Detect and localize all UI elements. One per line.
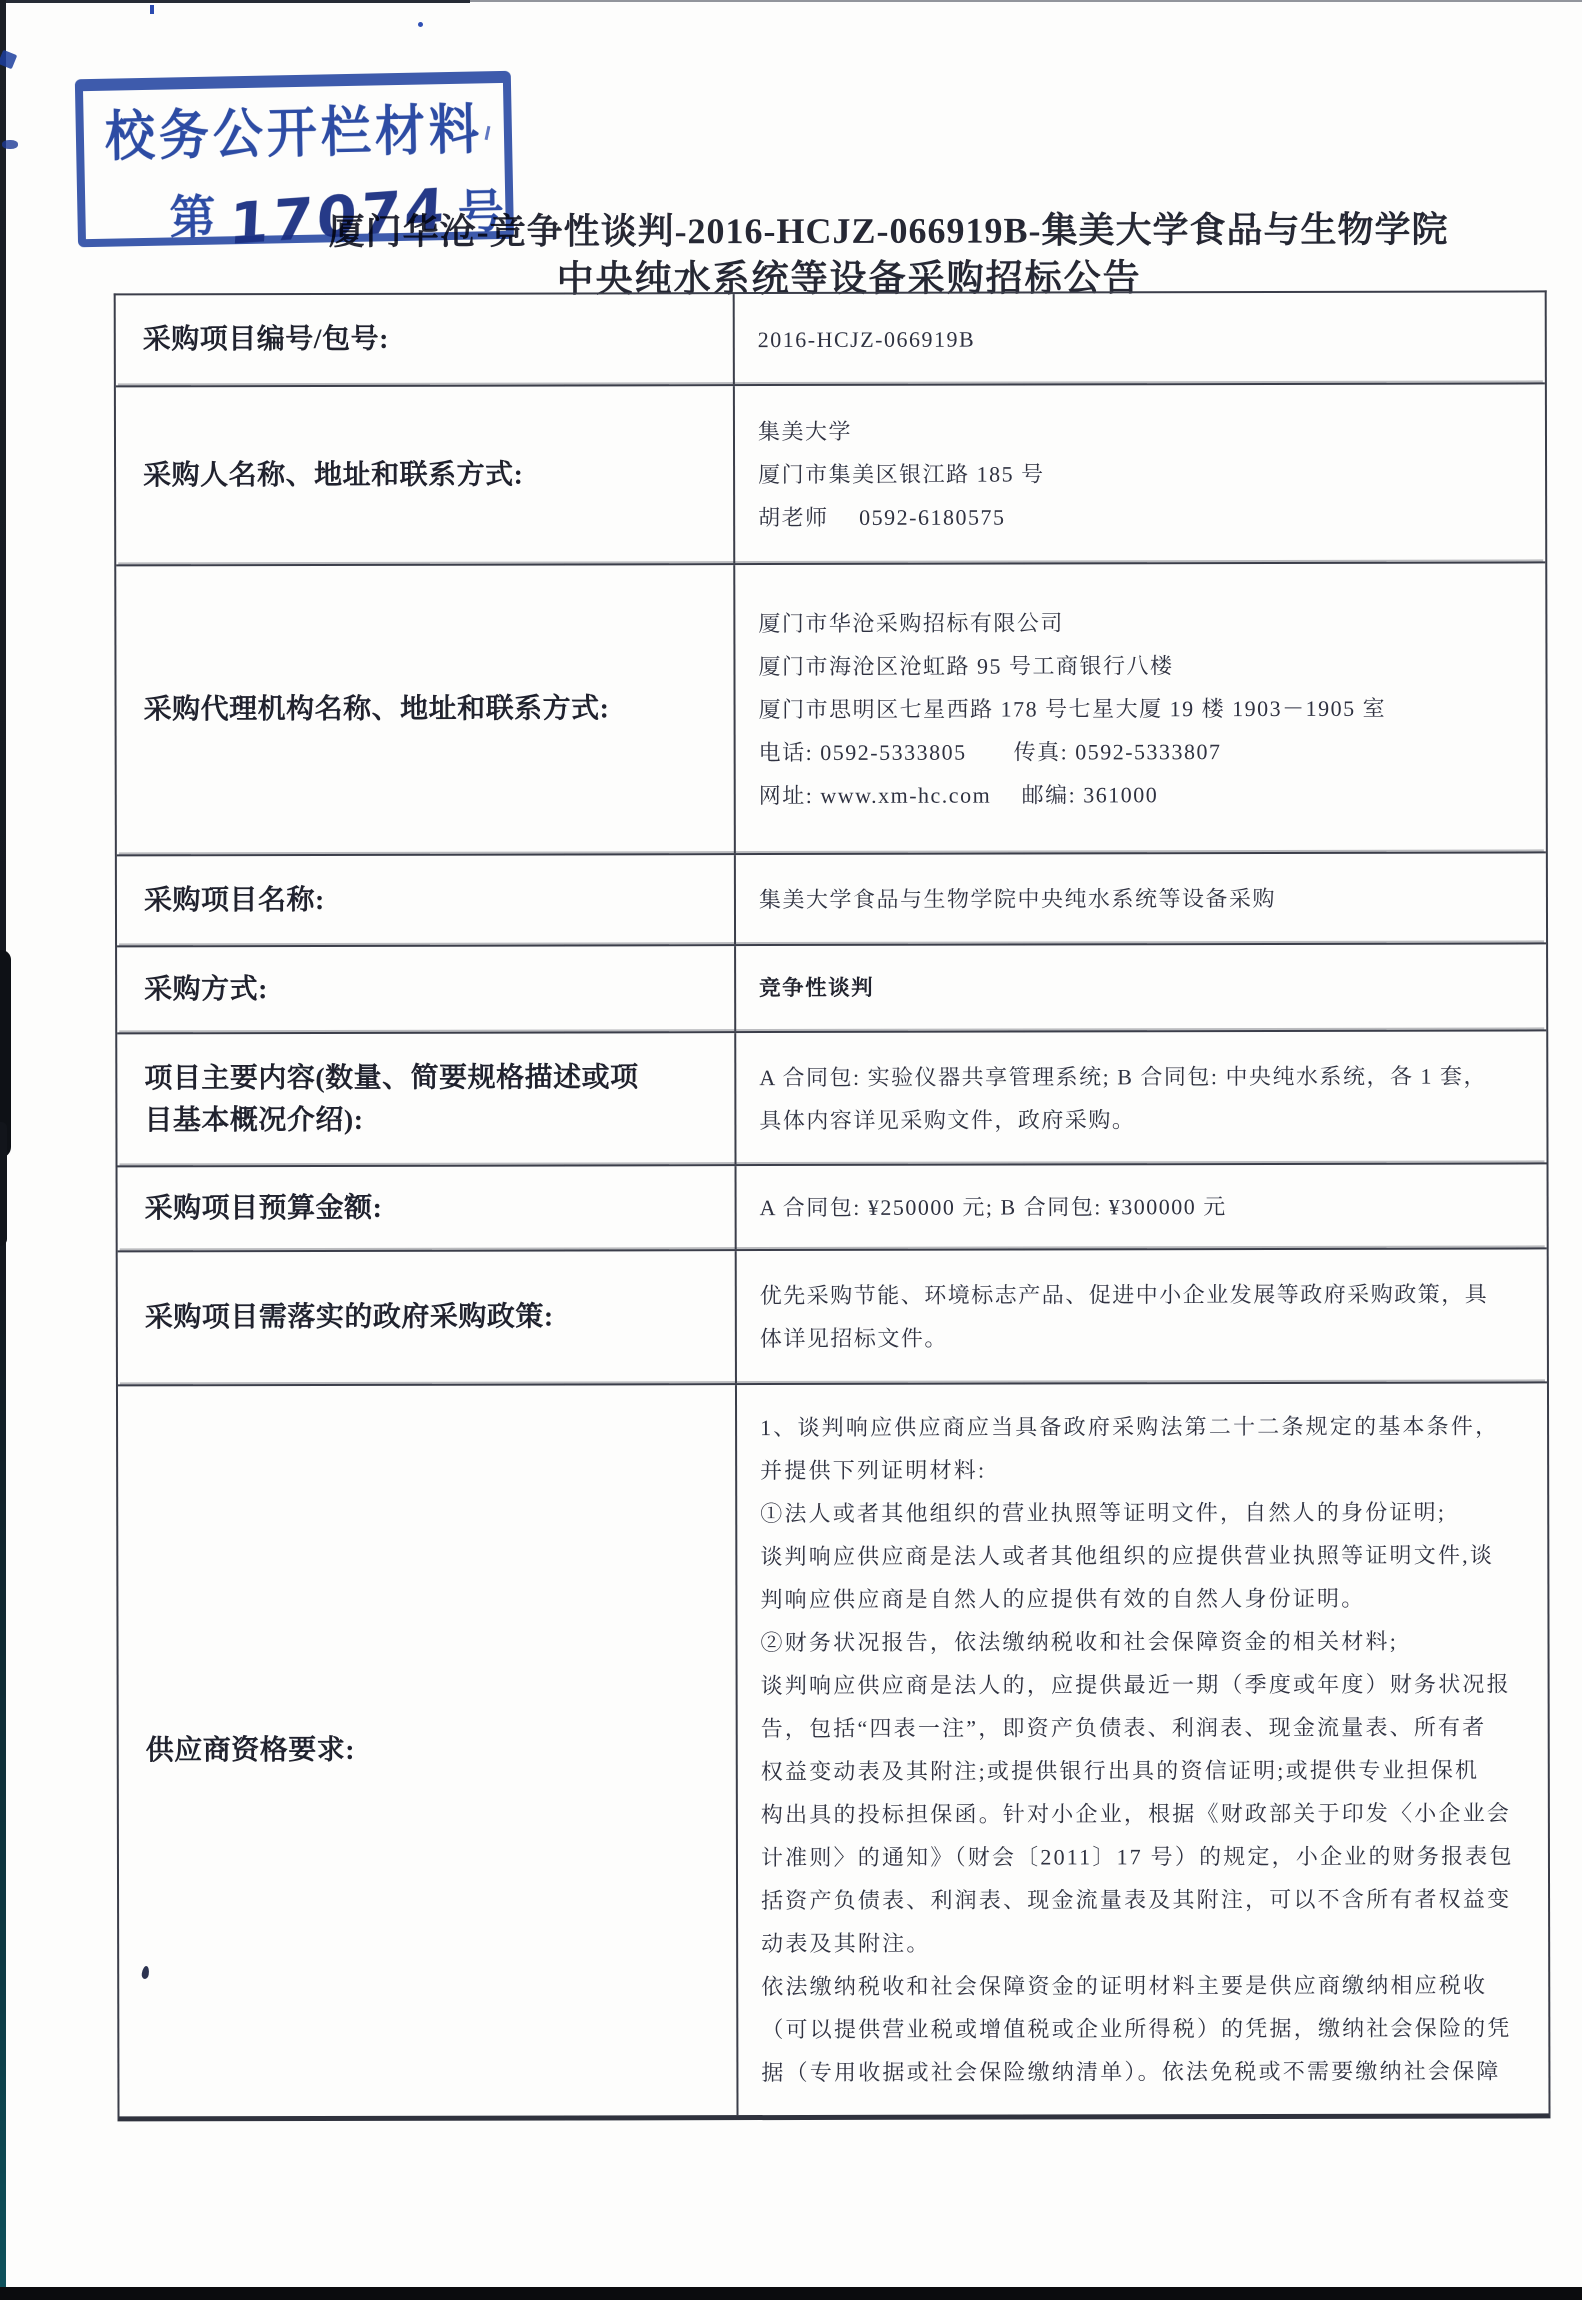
- label-text: 供应商资格要求:: [146, 1729, 736, 1772]
- label-text: 项目主要内容(数量、简要规格描述或项: [144, 1057, 734, 1100]
- value-text: 厦门市集美区银江路 185 号: [758, 451, 1533, 496]
- value-text: （可以提供营业税或增值税或企业所得税）的凭据，缴纳社会保险的凭: [761, 2006, 1536, 2051]
- value-text: 具体内容详见采购文件，政府采购。: [759, 1097, 1534, 1142]
- stamp-text: 校务公开栏材料: [83, 86, 504, 172]
- label-text: 采购项目名称:: [144, 879, 734, 922]
- scanned-document-page: 校务公开栏材料 第17074号 厦门华沧-竞争性谈判-2016-HCJZ-066…: [0, 0, 1582, 2300]
- table-row: 采购代理机构名称、地址和联系方式:厦门市华沧采购招标有限公司厦门市海沧区沧虹路 …: [116, 561, 1546, 854]
- row-label: 供应商资格要求:: [118, 1385, 739, 2116]
- approval-stamp: 校务公开栏材料 第17074号: [75, 71, 514, 247]
- value-text: 判响应供应商是自然人的应提供有效的自然人身份证明。: [760, 1576, 1535, 1621]
- value-text: ①法人或者其他组织的营业执照等证明文件，自然人的身份证明;: [760, 1490, 1535, 1535]
- label-text: 目基本概况介绍):: [144, 1099, 734, 1142]
- table-row: 采购人名称、地址和联系方式:集美大学厦门市集美区银江路 185 号胡老师 059…: [116, 382, 1545, 564]
- row-label: 采购项目需落实的政府采购政策:: [118, 1251, 737, 1384]
- label-text: 采购项目编号/包号:: [143, 318, 733, 361]
- value-text: 电话: 0592-5333805 传真: 0592-5333807: [759, 729, 1534, 774]
- table-row: 采购方式:竞争性谈判: [117, 942, 1546, 1032]
- row-label: 采购项目编号/包号:: [116, 294, 735, 385]
- stamp-number: 17074: [227, 176, 450, 258]
- value-text: 动表及其附注。: [761, 1920, 1536, 1965]
- row-label: 采购方式:: [117, 946, 736, 1032]
- row-value: 优先采购节能、环境标志产品、促进中小企业发展等政府采购政策，具体详见招标文件。: [737, 1249, 1547, 1383]
- value-text: 并提供下列证明材料:: [760, 1447, 1535, 1492]
- value-text: 权益变动表及其附注;或提供银行出具的资信证明;或提供专业担保机: [761, 1748, 1536, 1793]
- value-text: ②财务状况报告，依法缴纳税收和社会保障资金的相关材料;: [760, 1619, 1535, 1664]
- row-value: A 合同包: ¥250000 元; B 合同包: ¥300000 元: [737, 1164, 1547, 1249]
- document-body: 校务公开栏材料 第17074号 厦门华沧-竞争性谈判-2016-HCJZ-066…: [0, 0, 1582, 2300]
- row-value: 1、谈判响应供应商应当具备政府采购法第二十二条规定的基本条件，并提供下列证明材料…: [737, 1383, 1549, 2115]
- value-text: 胡老师 0592-6180575: [758, 494, 1533, 539]
- value-text: 竞争性谈判: [759, 965, 1534, 1010]
- value-text: 据（专用收据或社会保险缴纳清单）。依法免税或不需要缴纳社会保障: [761, 2049, 1536, 2094]
- value-text: 计准则〉的通知》（财会〔2011〕17 号）的规定，小企业的财务报表包: [761, 1834, 1536, 1879]
- value-text: 网址: www.xm-hc.com 邮编: 361000: [759, 772, 1534, 817]
- value-text: 优先采购节能、环境标志产品、促进中小企业发展等政府采购政策，具: [760, 1272, 1535, 1317]
- value-text: 体详见招标文件。: [760, 1315, 1535, 1360]
- row-value: 集美大学食品与生物学院中央纯水系统等设备采购: [736, 853, 1546, 944]
- label-text: 采购项目预算金额:: [145, 1187, 735, 1230]
- table-row: 采购项目需落实的政府采购政策:优先采购节能、环境标志产品、促进中小企业发展等政府…: [118, 1247, 1547, 1384]
- table-row: 采购项目预算金额:A 合同包: ¥250000 元; B 合同包: ¥30000…: [118, 1162, 1547, 1250]
- value-text: 1、谈判响应供应商应当具备政府采购法第二十二条规定的基本条件，: [760, 1404, 1535, 1449]
- table-row: 供应商资格要求:1、谈判响应供应商应当具备政府采购法第二十二条规定的基本条件，并…: [118, 1381, 1549, 2116]
- label-text: 采购代理机构名称、地址和联系方式:: [144, 688, 734, 731]
- row-label: 采购代理机构名称、地址和联系方式:: [116, 565, 736, 854]
- procurement-table: 采购项目编号/包号:2016-HCJZ-066919B采购人名称、地址和联系方式…: [114, 290, 1551, 2121]
- label-text: 采购人名称、地址和联系方式:: [143, 454, 733, 497]
- value-text: 厦门市海沧区沧虹路 95 号工商银行八楼: [758, 643, 1533, 688]
- value-text: 谈判响应供应商是法人的，应提供最近一期（季度或年度）财务状况报: [761, 1662, 1536, 1707]
- row-label: 项目主要内容(数量、简要规格描述或项目基本概况介绍):: [117, 1033, 736, 1165]
- stamp-number-suffix: 号: [457, 185, 504, 238]
- stamp-number-prefix: 第: [169, 191, 216, 244]
- table-row: 项目主要内容(数量、简要规格描述或项目基本概况介绍):A 合同包: 实验仪器共享…: [117, 1029, 1546, 1165]
- row-value: 竞争性谈判: [736, 944, 1546, 1031]
- value-text: 厦门市华沧采购招标有限公司: [758, 600, 1533, 645]
- table-row: 采购项目名称:集美大学食品与生物学院中央纯水系统等设备采购: [117, 851, 1546, 945]
- row-label: 采购人名称、地址和联系方式:: [116, 386, 735, 564]
- value-text: 厦门市思明区七星西路 178 号七星大厦 19 楼 1903－1905 室: [759, 686, 1534, 731]
- row-value: A 合同包: 实验仪器共享管理系统; B 合同包: 中央纯水系统，各 1 套，具…: [736, 1031, 1546, 1164]
- value-text: 依法缴纳税收和社会保障资金的证明材料主要是供应商缴纳相应税收: [761, 1963, 1536, 2008]
- row-value: 集美大学厦门市集美区银江路 185 号胡老师 0592-6180575: [735, 384, 1545, 563]
- label-text: 采购项目需落实的政府采购政策:: [145, 1296, 735, 1339]
- value-text: 集美大学食品与生物学院中央纯水系统等设备采购: [759, 876, 1534, 921]
- row-label: 采购项目名称:: [117, 855, 736, 945]
- value-text: 集美大学: [758, 408, 1533, 453]
- value-text: 告，包括“四表一注”，即资产负债表、利润表、现金流量表、所有者: [761, 1705, 1536, 1750]
- value-text: 谈判响应供应商是法人或者其他组织的应提供营业执照等证明文件,谈: [760, 1533, 1535, 1578]
- stamp-number-line: 第17074号: [169, 175, 505, 254]
- row-label: 采购项目预算金额:: [118, 1166, 737, 1250]
- value-text: 括资产负债表、利润表、现金流量表及其附注，可以不含所有者权益变: [761, 1877, 1536, 1922]
- label-text: 采购方式:: [144, 968, 734, 1011]
- value-text: 2016-HCJZ-066919B: [758, 316, 1533, 361]
- table-row: 采购项目编号/包号:2016-HCJZ-066919B: [116, 292, 1545, 385]
- row-value: 厦门市华沧采购招标有限公司厦门市海沧区沧虹路 95 号工商银行八楼厦门市思明区七…: [735, 563, 1546, 853]
- value-text: A 合同包: ¥250000 元; B 合同包: ¥300000 元: [760, 1184, 1535, 1229]
- row-value: 2016-HCJZ-066919B: [735, 292, 1545, 384]
- value-text: 构出具的投标担保函。针对小企业，根据《财政部关于印发〈小企业会: [761, 1791, 1536, 1836]
- value-text: A 合同包: 实验仪器共享管理系统; B 合同包: 中央纯水系统，各 1 套，: [759, 1054, 1534, 1099]
